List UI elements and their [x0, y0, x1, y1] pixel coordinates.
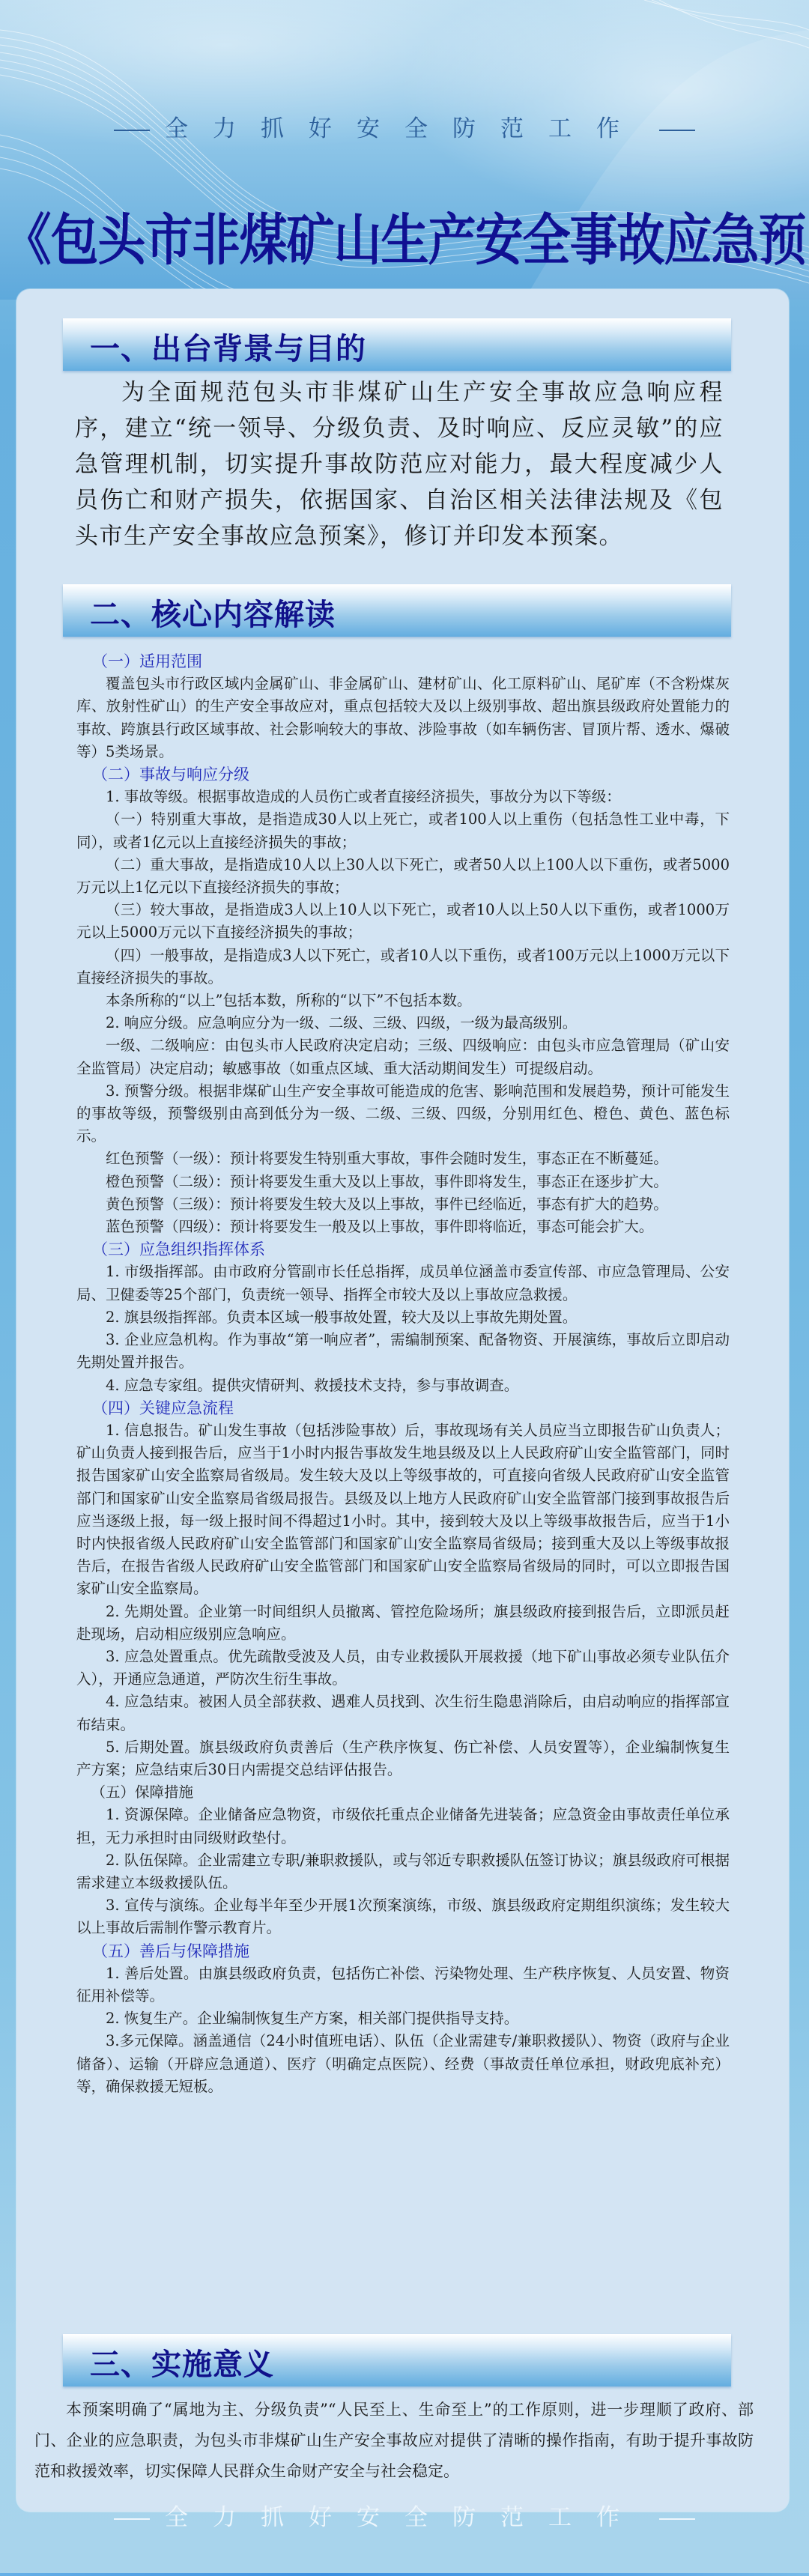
bottom-decoration-strip	[0, 2573, 809, 2576]
section-heading: 三、实施意义	[90, 2341, 274, 2383]
body-paragraph: 1. 信息报告。矿山发生事故（包括涉险事故）后，事故现场有关人员应当立即报告矿山…	[76, 1419, 730, 1601]
body-paragraph: 3.多元保障。涵盖通信（24小时值班电话）、队伍（企业需建专/兼职救援队）、物资…	[76, 2030, 730, 2098]
section-heading: 一、出台背景与目的	[90, 325, 366, 368]
body-paragraph: 3. 宣传与演练。企业每半年至少开展1次预案演练，市级、旗县级政府定期组织演练；…	[76, 1894, 730, 1939]
body-paragraph: 3. 预警分级。根据非煤矿山生产安全事故可能造成的危害、影响范围和发展趋势，预计…	[76, 1080, 730, 1148]
body-paragraph: 5. 后期处置。旗县级政府负责善后（生产秩序恢复、伤亡补偿、人员安置等），企业编…	[76, 1736, 730, 1781]
slogan-top: 全力抓好安全防范工作	[0, 109, 809, 143]
body-paragraph: （四）一般事故，是指造成3人以下死亡，或者10人以下重伤，或者100万元以上10…	[76, 945, 730, 990]
subheading: （二）事故与响应分级	[76, 763, 730, 786]
subheading: （三）应急组织指挥体系	[76, 1238, 730, 1261]
subheading-plain: （五）保障措施	[76, 1781, 730, 1804]
body-paragraph: （二）重大事故，是指造成10人以上30人以下死亡，或者50人以上100人以下重伤…	[76, 854, 730, 899]
slogan-bottom: 全力抓好安全防范工作	[0, 2498, 809, 2532]
warning-blue: 蓝色预警（四级）：预计将要发生一般及以上事故，事件即将临近，事态可能会扩大。	[76, 1216, 730, 1238]
section-heading-background: 三、实施意义	[63, 2334, 731, 2386]
section-paragraph: 本预案明确了“属地为主、分级负责”“人民至上、生命至上”的工作原则，进一步理顺了…	[34, 2395, 754, 2487]
body-paragraph: 1. 市级指挥部。由市政府分管副市长任总指挥，成员单位涵盖市委宣传部、市应急管理…	[76, 1261, 730, 1306]
dash-decoration	[659, 2518, 695, 2520]
warning-red: 红色预警（一级）：预计将要发生特别重大事故，事件会随时发生，事态正在不断蔓延。	[76, 1148, 730, 1170]
slogan-top-text: 全力抓好安全防范工作	[165, 115, 644, 142]
warning-yellow: 黄色预警（三级）：预计将要发生较大及以上事故，事件已经临近，事态有扩大的趋势。	[76, 1193, 730, 1216]
body-paragraph: （三）较大事故，是指造成3人以上10人以下死亡，或者10人以上50人以下重伤，或…	[76, 899, 730, 944]
body-paragraph: （一）特别重大事故，是指造成30人以上死亡，或者100人以上重伤（包括急性工业中…	[76, 808, 730, 853]
body-paragraph: 2. 先期处置。企业第一时间组织人员撤离、管控危险场所；旗县级政府接到报告后，立…	[76, 1601, 730, 1646]
slogan-bottom-text: 全力抓好安全防范工作	[165, 2504, 644, 2531]
body-paragraph: 2. 恢复生产。企业编制恢复生产方案，相关部门提供指导支持。	[76, 2007, 730, 2030]
body-paragraph: 3. 企业应急机构。作为事故“第一响应者”，需编制预案、配备物资、开展演练，事故…	[76, 1329, 730, 1374]
body-paragraph: 3. 应急处置重点。优先疏散受波及人员，由专业救援队开展救援（地下矿山事故必须专…	[76, 1646, 730, 1691]
section-heading-background: 一、出台背景与目的	[63, 318, 731, 371]
warning-orange: 橙色预警（二级）：预计将要发生重大及以上事故，事件即将发生，事态正在逐步扩大。	[76, 1171, 730, 1193]
body-paragraph: 2. 响应分级。应急响应分为一级、二级、三级、四级，一级为最高级别。	[76, 1012, 730, 1034]
body-paragraph: 2. 队伍保障。企业需建立专职/兼职救援队，或与邻近专职救援队伍签订协议；旗县级…	[76, 1849, 730, 1894]
subheading: （四）关键应急流程	[76, 1397, 730, 1419]
body-paragraph: 一级、二级响应：由包头市人民政府决定启动；三级、四级响应：由包头市应急管理局（矿…	[76, 1034, 730, 1079]
dash-decoration	[114, 130, 150, 131]
body-paragraph: 1. 资源保障。企业储备应急物资，市级依托重点企业储备先进装备；应急资金由事故责…	[76, 1804, 730, 1849]
body-paragraph: 1. 善后处置。由旗县级政府负责，包括伤亡补偿、污染物处理、生产秩序恢复、人员安…	[76, 1963, 730, 2007]
body-paragraph: 1. 事故等级。根据事故造成的人员伤亡或者直接经济损失，事故分为以下等级：	[76, 786, 730, 808]
section-paragraph: 为全面规范包头市非煤矿山生产安全事故应急响应程序，建立“统一领导、分级负责、及时…	[75, 375, 724, 554]
subheading: （一）适用范围	[76, 650, 730, 673]
body-paragraph: 2. 旗县级指挥部。负责本区域一般事故处置，较大及以上事故先期处置。	[76, 1306, 730, 1329]
section-body: （一）适用范围 覆盖包头市行政区域内金属矿山、非金属矿山、建材矿山、化工原料矿山…	[76, 650, 730, 2098]
body-paragraph: 4. 应急专家组。提供灾情研判、救援技术支持，参与事故调查。	[76, 1375, 730, 1397]
section-heading: 二、核心内容解读	[90, 591, 336, 634]
dash-decoration	[659, 130, 695, 131]
subheading: （五）善后与保障措施	[76, 1940, 730, 1963]
section-heading-background: 二、核心内容解读	[63, 584, 731, 637]
dash-decoration	[114, 2518, 150, 2520]
section-body: 本预案明确了“属地为主、分级负责”“人民至上、生命至上”的工作原则，进一步理顺了…	[34, 2395, 754, 2487]
body-paragraph: 本条所称的“以上”包括本数，所称的“以下”不包括本数。	[76, 990, 730, 1012]
body-paragraph: 覆盖包头市行政区域内金属矿山、非金属矿山、建材矿山、化工原料矿山、尾矿库（不含粉…	[76, 673, 730, 763]
body-paragraph: 4. 应急结束。被困人员全部获救、遇难人员找到、次生衍生隐患消除后，由启动响应的…	[76, 1691, 730, 1736]
